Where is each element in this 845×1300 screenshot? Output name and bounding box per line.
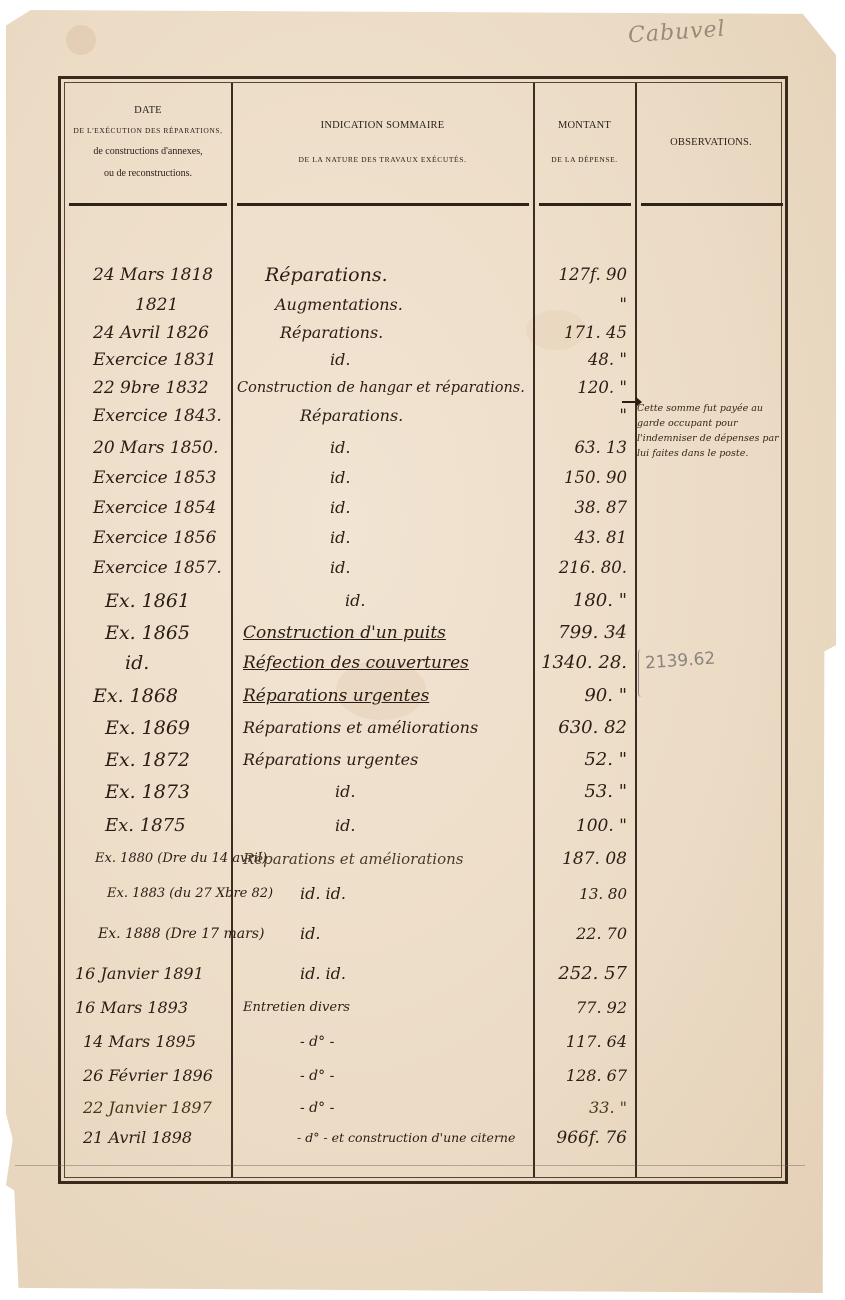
row-date: 16 Mars 1893: [75, 993, 240, 1023]
row-date: Exercice 1843.: [93, 401, 258, 431]
row-amount: 128. 67: [540, 1061, 635, 1091]
observation-note: Cette somme fut payée au garde occupant …: [637, 401, 787, 461]
table-row: Ex. 1872 Réparations urgentes 52. ": [65, 745, 781, 775]
row-description: Réparations.: [265, 260, 555, 290]
row-description: Augmentations.: [275, 290, 565, 320]
table-row: Ex. 1868 Réparations urgentes 90. ": [65, 681, 781, 711]
header-date-sub: DE L'EXÉCUTION DES RÉPARATIONS,: [73, 121, 222, 141]
row-description: Réfection des couvertures: [243, 648, 533, 678]
table-row: 24 Avril 1826 Réparations. 171. 45: [65, 318, 781, 348]
row-amount: 33. ": [540, 1093, 635, 1123]
table-row: Exercice 1854 id. 38. 87: [65, 493, 781, 523]
table-row: Ex. 1888 (Dre 17 mars) id. 22. 70: [65, 919, 781, 949]
row-amount: 127f. 90: [540, 260, 635, 290]
table-row: 22 Janvier 1897 - d° - 33. ": [65, 1093, 781, 1123]
row-amount: 252. 57: [540, 959, 635, 989]
header-rule: [539, 203, 631, 206]
header-indication-sub: DE LA NATURE DES TRAVAUX EXÉCUTÉS.: [299, 150, 467, 170]
row-date: Ex. 1888 (Dre 17 mars): [98, 919, 263, 949]
row-amount: 13. 80: [540, 879, 635, 909]
row-amount: 117. 64: [540, 1027, 635, 1057]
row-description: Réparations et améliorations: [243, 844, 533, 874]
row-description: Réparations urgentes: [243, 681, 533, 711]
header-montant: MONTANT DE LA DÉPENSE.: [534, 83, 635, 203]
row-amount: 77. 92: [540, 993, 635, 1023]
stain-spot: [66, 25, 96, 55]
row-amount: 38. 87: [540, 493, 635, 523]
row-amount: 180. ": [540, 586, 635, 616]
table-row: Ex. 1865 Construction d'un puits 799. 34: [65, 618, 781, 648]
header-observations-title: OBSERVATIONS.: [670, 133, 752, 153]
table-row: Exercice 1856 id. 43. 81: [65, 523, 781, 553]
header-date-sub2: de constructions d'annexes,: [93, 141, 202, 163]
header-montant-sub: DE LA DÉPENSE.: [551, 150, 618, 170]
table-row: 26 Février 1896 - d° - 128. 67: [65, 1061, 781, 1091]
table-row: Exercice 1853 id. 150. 90: [65, 463, 781, 493]
row-date: 22 9bre 1832: [93, 373, 258, 403]
header-indication-title: INDICATION SOMMAIRE: [321, 116, 445, 136]
table-row: Ex. 1883 (du 27 Xbre 82) id. id. 13. 80: [65, 879, 781, 909]
table-row: Exercice 1857. id. 216. 80.: [65, 553, 781, 583]
row-description: Entretien divers: [243, 993, 533, 1023]
row-amount: 63. 13: [540, 433, 635, 463]
table-row: 16 Mars 1893 Entretien divers 77. 92: [65, 993, 781, 1023]
table-row: Ex. 1861 id. 180. ": [65, 586, 781, 616]
row-amount: 1340. 28.: [540, 648, 635, 678]
row-amount: ": [540, 401, 635, 431]
header-rule: [641, 203, 783, 206]
row-amount: 120. ": [540, 373, 635, 403]
ledger-table: DATE DE L'EXÉCUTION DES RÉPARATIONS, de …: [58, 76, 788, 1184]
row-date: 21 Avril 1898: [83, 1123, 248, 1153]
table-row: 24 Mars 1818 Réparations. 127f. 90: [65, 260, 781, 290]
row-date: Exercice 1831: [93, 345, 258, 375]
row-amount: 966f. 76: [540, 1123, 635, 1153]
header-indication: INDICATION SOMMAIRE DE LA NATURE DES TRA…: [232, 83, 533, 203]
row-amount: 100. ": [540, 811, 635, 841]
bottom-ruling-line: [15, 1165, 805, 1166]
row-date: Ex. 1873: [105, 777, 270, 807]
row-amount: 22. 70: [540, 919, 635, 949]
row-amount: 48. ": [540, 345, 635, 375]
row-date: 20 Mars 1850.: [93, 433, 258, 463]
table-row: 1821 Augmentations. ": [65, 290, 781, 320]
table-row: Ex. 1875 id. 100. ": [65, 811, 781, 841]
header-rule: [69, 203, 227, 206]
row-date: Ex. 1880 (Dre du 14 avril): [95, 844, 260, 874]
header-date: DATE DE L'EXÉCUTION DES RÉPARATIONS, de …: [65, 83, 231, 203]
table-row: 21 Avril 1898 - d° - et construction d'u…: [65, 1123, 781, 1153]
table-row: Exercice 1831 id. 48. ": [65, 345, 781, 375]
table-row: 16 Janvier 1891 id. id. 252. 57: [65, 959, 781, 989]
row-date: Exercice 1857.: [93, 553, 258, 583]
row-amount: 150. 90: [540, 463, 635, 493]
header-montant-title: MONTANT: [558, 116, 611, 136]
row-date: Exercice 1854: [93, 493, 258, 523]
row-amount: 53. ": [540, 777, 635, 807]
row-amount: 90. ": [540, 681, 635, 711]
row-amount: 171. 45: [540, 318, 635, 348]
row-description: Réparations.: [280, 318, 570, 348]
row-amount: 187. 08: [540, 844, 635, 874]
table-row: Ex. 1869 Réparations et améliorations 63…: [65, 713, 781, 743]
header-date-title: DATE: [134, 101, 162, 121]
row-description: Construction de hangar et réparations.: [237, 373, 527, 403]
header-observations: OBSERVATIONS.: [636, 83, 786, 203]
row-description: Réparations et améliorations: [243, 713, 533, 743]
row-date: 24 Mars 1818: [93, 260, 258, 290]
row-amount: 216. 80.: [540, 553, 635, 583]
row-amount: 799. 34: [540, 618, 635, 648]
row-date: 16 Janvier 1891: [75, 959, 240, 989]
table-row: Ex. 1880 (Dre du 14 avril) Réparations e…: [65, 844, 781, 874]
row-amount: ": [540, 290, 635, 320]
row-date: Ex. 1861: [105, 586, 270, 616]
header-rule: [237, 203, 529, 206]
row-amount: 630. 82: [540, 713, 635, 743]
row-date: Ex. 1883 (du 27 Xbre 82): [107, 879, 272, 909]
table-row: Ex. 1873 id. 53. ": [65, 777, 781, 807]
row-date: Ex. 1868: [93, 681, 258, 711]
table-row: 14 Mars 1895 - d° - 117. 64: [65, 1027, 781, 1057]
row-description: Réparations urgentes: [243, 745, 533, 775]
table-row: 22 9bre 1832 Construction de hangar et r…: [65, 373, 781, 403]
row-date: 22 Janvier 1897: [83, 1093, 248, 1123]
row-date: Exercice 1853: [93, 463, 258, 493]
ledger-inner-border: DATE DE L'EXÉCUTION DES RÉPARATIONS, de …: [64, 82, 782, 1178]
row-date: 26 Février 1896: [83, 1061, 248, 1091]
header-date-sub3: ou de reconstructions.: [104, 163, 192, 185]
row-date: Ex. 1875: [105, 811, 270, 841]
row-date: Exercice 1856: [93, 523, 258, 553]
row-date: 24 Avril 1826: [93, 318, 258, 348]
row-description: Construction d'un puits: [243, 618, 533, 648]
row-date: 14 Mars 1895: [83, 1027, 248, 1057]
row-amount: 43. 81: [540, 523, 635, 553]
row-amount: 52. ": [540, 745, 635, 775]
